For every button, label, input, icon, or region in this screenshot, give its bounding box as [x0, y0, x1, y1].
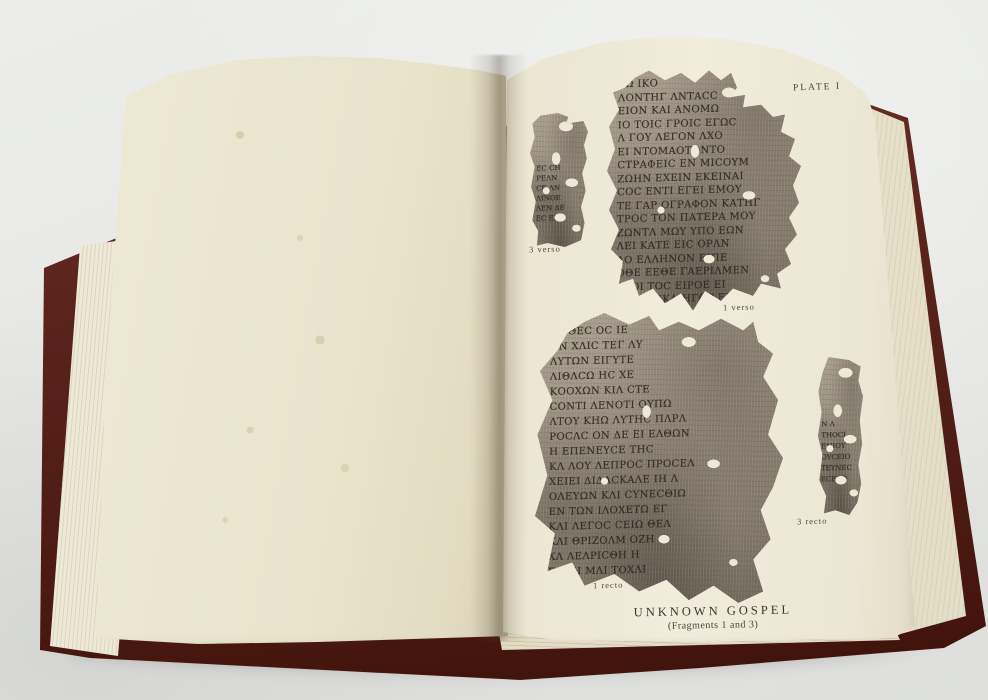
fragment-glyphs-3-verso: ΕϹ ϹΗΡΕΛΝϹΕ ΛΝΛΙΝΟΕΛΕΝ ΔΕΕϹ ΕΒΩ: [536, 162, 586, 223]
plate-caption: UNKNOWN GOSPEL (Fragments 1 and 3): [573, 602, 853, 634]
fragment-glyphs-1-recto: ΝΟΘΕϹ ΟϹ ΙΕΟΝ ΧΛΙϹ ΤΕΓ ΛΥΛΥΤΩΝ ΕΙΓΥΤΕΛΙΘ…: [548, 319, 778, 595]
right-plate-page: PLATE I ΕϹ ϹΗΡΕΛΝϹΕ ΛΝΛΙΝΟΕΛΕΝ ΔΕΕϹ ΕΒΩ …: [495, 28, 919, 648]
plate-header: PLATE I: [793, 81, 873, 94]
fragment-glyphs-3-recto: Ν ΛΤΗΟϹΙΕΝΙΟΥΟΥϹΕΙΟΤΕΥΝΕϹΕϹΕΙ Ο: [821, 418, 862, 485]
fragment-label-3-verso: 3 verso: [529, 244, 561, 255]
fragment-label-1-verso: 1 verso: [723, 302, 755, 313]
fragment-glyphs-1-verso: ΤΩ ΙΚΟΛΟΝΤΗΓ ΛΝΤΑϹϹΕΙΟΝ ΚΑΙ ΑΝΟΜΩΙΟ ΤΟΙϹ…: [616, 74, 800, 308]
papyrus-fragment-1-recto: ΝΟΘΕϹ ΟϹ ΙΕΟΝ ΧΛΙϹ ΤΕΓ ΛΥΛΥΤΩΝ ΕΙΓΥΤΕΛΙΘ…: [535, 313, 783, 603]
papyrus-fragment-1-verso: ΤΩ ΙΚΟΛΟΝΤΗΓ ΛΝΤΑϹϹΕΙΟΝ ΚΑΙ ΑΝΟΜΩΙΟ ΤΟΙϹ…: [605, 68, 805, 313]
papyrus-fragment-3-recto: Ν ΛΤΗΟϹΙΕΝΙΟΥΟΥϹΕΙΟΤΕΥΝΕϹΕϹΕΙ Ο: [817, 357, 863, 515]
fragment-label-3-recto: 3 recto: [797, 516, 828, 527]
book-photo-scene: V PLATE I ΕϹ ϹΗΡΕΛΝϹΕ ΛΝΛΙΝΟΕΛΕΝ ΔΕΕϹ ΕΒ…: [0, 0, 988, 700]
gutter-shadow: [470, 55, 528, 641]
fragment-label-1-recto: 1 recto: [593, 580, 624, 591]
left-blank-page: [78, 46, 508, 650]
papyrus-fragment-3-verso: ΕϹ ϹΗΡΕΛΝϹΕ ΛΝΛΙΝΟΕΛΕΝ ΔΕΕϹ ΕΒΩ: [530, 113, 588, 247]
